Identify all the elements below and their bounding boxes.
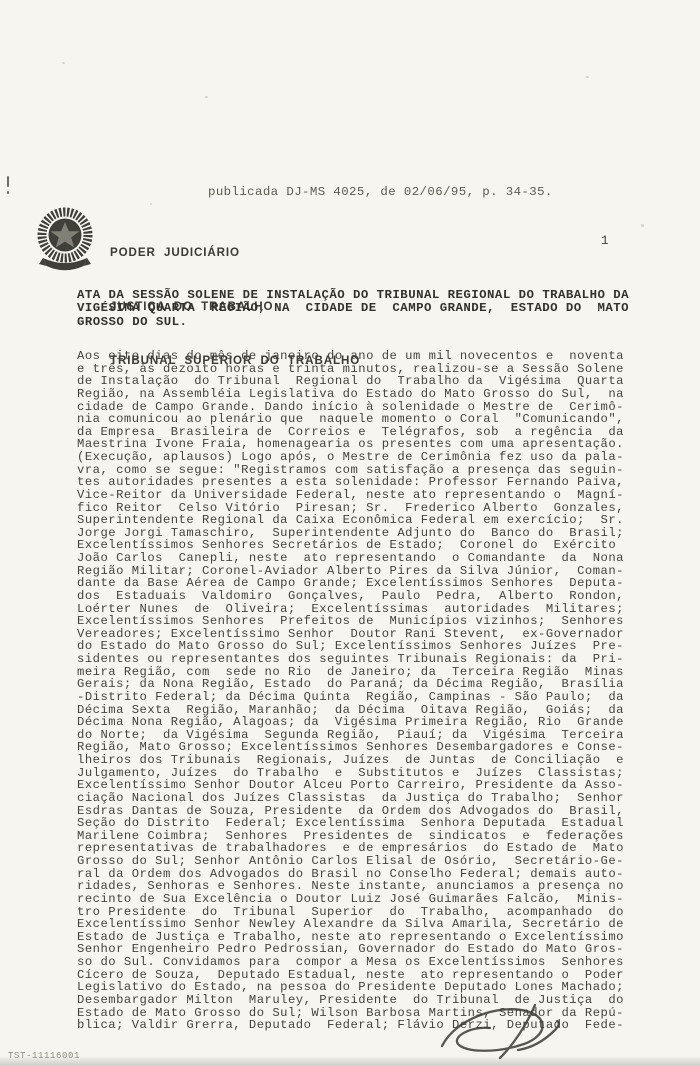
- text-line: tes autoridades presentes a esta solenid…: [77, 476, 652, 489]
- handwritten-signature: [432, 1002, 582, 1064]
- text-line: Grosso do Sul; Senhor Antônio Carlos Eli…: [77, 855, 652, 868]
- publication-note: publicada DJ-MS 4025, de 02/06/95, p. 34…: [208, 185, 553, 199]
- text-line: ridades, Senhoras e Senhores. Neste inst…: [77, 880, 652, 893]
- scan-artifact: [7, 191, 9, 194]
- text-line: -Distrito Federal; da Décima Quinta Regi…: [77, 691, 652, 704]
- text-line: Excelentíssimo Senhor Newley Alexandre d…: [77, 918, 652, 931]
- letterhead-line-1: PODER JUDICIÁRIO: [110, 244, 360, 262]
- scan-speck: [62, 62, 65, 64]
- page-number: 1: [601, 234, 609, 248]
- document-body: Aos oito dias do mês de janeiro do ano d…: [77, 350, 652, 1032]
- brazil-coat-of-arms-icon: [28, 202, 102, 278]
- scanned-document-page: publicada DJ-MS 4025, de 02/06/95, p. 34…: [0, 0, 700, 1066]
- text-line: ciação Nacional dos Juízes Classistas da…: [77, 792, 652, 805]
- text-line: Superintendente Regional da Caixa Econôm…: [77, 514, 652, 527]
- text-line: (Execução, aplausos) Logo após, o Mestre…: [77, 451, 652, 464]
- scan-speck: [586, 76, 589, 78]
- scan-speck: [641, 224, 644, 227]
- text-line: so do Sul. Convidamos para compor a Mesa…: [77, 956, 652, 969]
- text-line: Legislativo do Estado, na pessoa do Pres…: [77, 981, 652, 994]
- scan-speck: [150, 203, 152, 205]
- text-line: Excelentíssimos Senhores Prefeitos de Mu…: [77, 615, 652, 628]
- text-line: lheiros dos Tribunais Regionais, Juízes …: [77, 754, 652, 767]
- scan-speck: [205, 96, 208, 98]
- text-line: dos Estaduais Valdomiro Gonçalves, Paulo…: [77, 590, 652, 603]
- text-line: de Instalação do Tribunal Regional do Tr…: [77, 375, 652, 388]
- scan-artifact: [7, 176, 9, 187]
- text-line: Região, na Assembléia Legislativa do Est…: [77, 388, 652, 401]
- text-line: VIGÉSIMA QUARTA REGIÃO, NA CIDADE DE CAM…: [77, 302, 645, 315]
- text-line: Seção do Distrito Federal; Excelentíssim…: [77, 817, 652, 830]
- text-line: dante da Base Aérea de Campo Grande; Exc…: [77, 577, 652, 590]
- text-line: GROSSO DO SUL.: [77, 316, 645, 329]
- text-line: Vice-Reitor da Universidade Federal, nes…: [77, 489, 652, 502]
- text-line: Aos oito dias do mês de janeiro do ano d…: [77, 350, 652, 363]
- text-line: Excelentíssimo Senhor Doutor Alceu Porto…: [77, 779, 652, 792]
- text-line: nia comunicou ao plenário que naquele mo…: [77, 413, 652, 426]
- text-line: Gerais; da Nona Região, Estado do Paraná…: [77, 678, 652, 691]
- document-title: ATA DA SESSÃO SOLENE DE INSTALAÇÃO DO TR…: [77, 289, 645, 329]
- text-line: Décima Nona Região, Alagoas; da Vigésima…: [77, 716, 652, 729]
- footer-code: TST-11116001: [8, 1051, 80, 1061]
- text-line: recinto de Sua Excelência o Doutor Luiz …: [77, 893, 652, 906]
- text-line: sidentes ou representantes dos seguintes…: [77, 653, 652, 666]
- text-line: João Carlos Canepli, neste ato represent…: [77, 552, 652, 565]
